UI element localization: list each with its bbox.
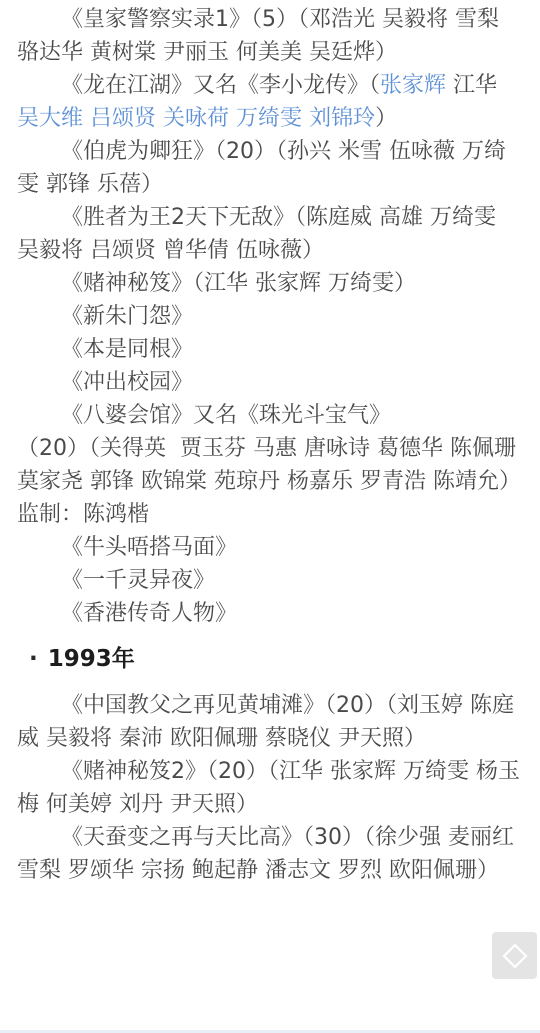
entry-text: 《皇家警察实录1》（5）（邓浩光 吴毅将 雪梨 骆达华 黄树棠 尹丽玉 何美美 … bbox=[17, 7, 506, 65]
actor-link[interactable]: 张家辉 bbox=[380, 73, 446, 98]
entry-text: 《天蚕变之再与天比高》（30）（徐少强 麦丽红 雪梨 罗颂华 宗扬 鲍起静 潘志… bbox=[17, 825, 521, 883]
filmography-entry: 《新朱门怨》 bbox=[17, 300, 520, 333]
year-heading-label: 1993年 bbox=[48, 646, 135, 672]
actor-link[interactable]: 刘锦玲 bbox=[309, 106, 375, 131]
entry-text: 《赌神秘笈2》（20）（江华 张家辉 万绮雯 杨玉梅 何美婷 刘丹 尹天照） bbox=[17, 759, 520, 817]
actor-link[interactable]: 吴大维 bbox=[17, 106, 83, 131]
entry-text: 江华 bbox=[446, 73, 504, 98]
entry-text: 《冲出校园》 bbox=[61, 370, 193, 395]
entry-text bbox=[229, 106, 236, 131]
filmography-entry: 《冲出校园》 bbox=[17, 366, 520, 399]
filmography-entry: 《赌神秘笈》（江华 张家辉 万绮雯） bbox=[17, 267, 520, 300]
actor-link[interactable]: 关咏荷 bbox=[163, 106, 229, 131]
actor-link[interactable]: 吕颂贤 bbox=[90, 106, 156, 131]
filmography-entry: 《天蚕变之再与天比高》（30）（徐少强 麦丽红 雪梨 罗颂华 宗扬 鲍起静 潘志… bbox=[17, 821, 520, 887]
entry-text: 《牛头唔搭马面》 bbox=[61, 535, 237, 560]
entry-text: （20）（关得英 贾玉芬 马惠 唐咏诗 葛德华 陈佩珊 莫家尧 郭锋 欧锦棠 苑… bbox=[17, 436, 523, 527]
entry-text: 《香港传奇人物》 bbox=[61, 601, 237, 626]
filmography-entry: 《胜者为王2天下无敌》（陈庭威 高雄 万绮雯 吴毅将 吕颂贤 曾华倩 伍咏薇） bbox=[17, 201, 520, 267]
entry-text: 《新朱门怨》 bbox=[61, 304, 193, 329]
filmography-entry: （20）（关得英 贾玉芬 马惠 唐咏诗 葛德华 陈佩珊 莫家尧 郭锋 欧锦棠 苑… bbox=[17, 432, 520, 531]
entry-text bbox=[83, 106, 90, 131]
filmography-entry: 《牛头唔搭马面》 bbox=[17, 531, 520, 564]
entry-text bbox=[302, 106, 309, 131]
entry-text: 《一千灵异夜》 bbox=[61, 568, 215, 593]
entry-text: 《胜者为王2天下无敌》（陈庭威 高雄 万绮雯 吴毅将 吕颂贤 曾华倩 伍咏薇） bbox=[17, 205, 503, 263]
filmography-entry: 《龙在江湖》又名《李小龙传》（张家辉 江华 吴大维 吕颂贤 关咏荷 万绮雯 刘锦… bbox=[17, 69, 520, 135]
filmography-entry: 《本是同根》 bbox=[17, 333, 520, 366]
filmography-entry: 《皇家警察实录1》（5）（邓浩光 吴毅将 雪梨 骆达华 黄树棠 尹丽玉 何美美 … bbox=[17, 3, 520, 69]
entry-text: 《中国教父之再见黄埔滩》（20）（刘玉婷 陈庭威 吴毅将 秦沛 欧阳佩珊 蔡晓仪… bbox=[17, 693, 514, 751]
filmography-entry: 《伯虎为卿狂》（20）（孙兴 米雪 伍咏薇 万绮雯 郭锋 乐蓓） bbox=[17, 135, 520, 201]
entry-text: ） bbox=[375, 106, 397, 131]
filmography-entry: 《香港传奇人物》 bbox=[17, 597, 520, 630]
filmography-entry: 《中国教父之再见黄埔滩》（20）（刘玉婷 陈庭威 吴毅将 秦沛 欧阳佩珊 蔡晓仪… bbox=[17, 689, 520, 755]
entry-text: 《赌神秘笈》（江华 张家辉 万绮雯） bbox=[61, 271, 416, 296]
diamond-arrows-icon bbox=[500, 941, 530, 971]
filmography-entry: 《赌神秘笈2》（20）（江华 张家辉 万绮雯 杨玉梅 何美婷 刘丹 尹天照） bbox=[17, 755, 520, 821]
entry-text: 《伯虎为卿狂》（20）（孙兴 米雪 伍咏薇 万绮雯 郭锋 乐蓓） bbox=[17, 139, 506, 197]
filmography-entry: 《一千灵异夜》 bbox=[17, 564, 520, 597]
page-nav-button[interactable] bbox=[492, 932, 537, 979]
entry-text bbox=[156, 106, 163, 131]
bullet-icon: · bbox=[29, 643, 38, 676]
actor-link[interactable]: 万绮雯 bbox=[236, 106, 302, 131]
entry-text: 《龙在江湖》又名《李小龙传》（ bbox=[61, 73, 380, 98]
article-content: 《皇家警察实录1》（5）（邓浩光 吴毅将 雪梨 骆达华 黄树棠 尹丽玉 何美美 … bbox=[0, 0, 540, 887]
year-heading: ·1993年 bbox=[17, 643, 520, 676]
entry-text: 《本是同根》 bbox=[61, 337, 193, 362]
entry-text: 《八婆会馆》又名《珠光斗宝气》 bbox=[61, 403, 391, 428]
filmography-entry: 《八婆会馆》又名《珠光斗宝气》 bbox=[17, 399, 520, 432]
